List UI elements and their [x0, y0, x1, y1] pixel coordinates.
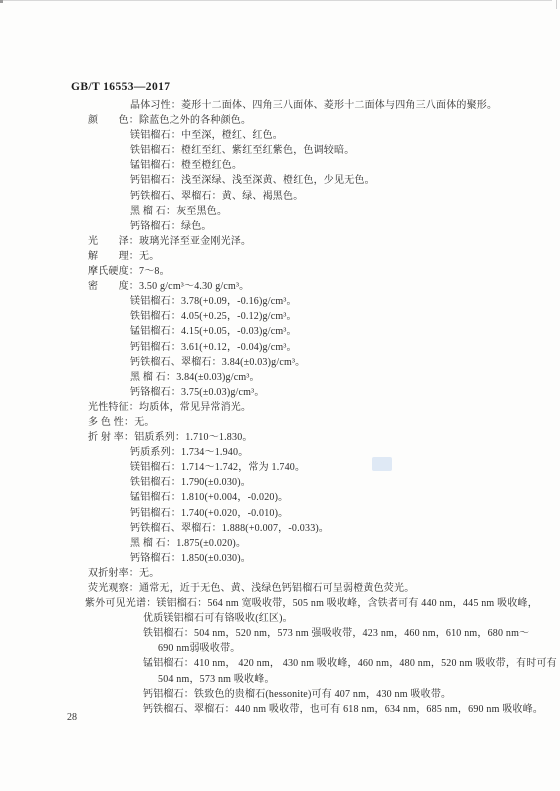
document-lines: 晶体习性：菱形十二面体、四角三八面体、菱形十二面体与四角三八面体的聚形。颜 色：…: [0, 98, 560, 717]
text-line: 锰铝榴石：4.15(+0.05，-0.03)g/cm³。: [0, 324, 560, 339]
text-line: 钙铁榴石、翠榴石：440 nm 吸收带，也可有 618 nm，634 nm，68…: [0, 702, 560, 717]
text-line: 钙铬榴石：3.75(±0.03)g/cm³。: [0, 385, 560, 400]
text-line: 摩氏硬度：7～8。: [0, 264, 560, 279]
text-line: 折 射 率：铝质系列：1.710～1.830。: [0, 430, 560, 445]
document-page: GB/T 16553—2017 晶体习性：菱形十二面体、四角三八面体、菱形十二面…: [0, 0, 560, 791]
text-line: 密 度：3.50 g/cm³～4.30 g/cm³。: [0, 279, 560, 294]
text-line: 光性特征：均质体，常见异常消光。: [0, 400, 560, 415]
text-line: 钙铬榴石：绿色。: [0, 219, 560, 234]
text-line: 晶体习性：菱形十二面体、四角三八面体、菱形十二面体与四角三八面体的聚形。: [0, 98, 560, 113]
text-line: 钙铝榴石：铁致色的贵榴石(hessonite)可有 407 nm，430 nm …: [0, 687, 560, 702]
text-line: 690 nm弱吸收带。: [0, 641, 560, 656]
text-line: 钙铁榴石、翠榴石：3.84(±0.03)g/cm³。: [0, 355, 560, 370]
text-line: 多 色 性：无。: [0, 415, 560, 430]
scan-top-edge-line: [0, 0, 552, 1]
text-line: 钙铁榴石、翠榴石：1.888(+0.007，-0.033)。: [0, 521, 560, 536]
text-line: 钙铝榴石：3.61(+0.12，-0.04)g/cm³。: [0, 340, 560, 355]
text-line: 镁铝榴石：1.714～1.742，常为 1.740。: [0, 460, 560, 475]
text-line: 黑 榴 石：1.875(±0.020)。: [0, 536, 560, 551]
text-line: 钙铬榴石：1.850(±0.030)。: [0, 551, 560, 566]
text-line: 铁铝榴石：4.05(+0.25，-0.12)g/cm³。: [0, 309, 560, 324]
text-line: 黑 榴 石：灰至黑色。: [0, 204, 560, 219]
text-line: 黑 榴 石：3.84(±0.03)g/cm³。: [0, 370, 560, 385]
text-line: 钙铝榴石：1.740(+0.020，-0.010)。: [0, 506, 560, 521]
text-line: 双折射率：无。: [0, 566, 560, 581]
text-line: 颜 色：除蓝色之外的各种颜色。: [0, 113, 560, 128]
text-line: 钙铁榴石、翠榴石：黄、绿、褐黑色。: [0, 189, 560, 204]
text-line: 钙铝榴石：浅至深绿、浅至深黄、橙红色，少见无色。: [0, 173, 560, 188]
text-line: 锰铝榴石：1.810(+0.004，-0.020)。: [0, 490, 560, 505]
text-line: 解 理：无。: [0, 249, 560, 264]
text-line: 荧光观察：通常无，近于无色、黄、浅绿色钙铝榴石可呈弱橙黄色荧光。: [0, 581, 560, 596]
text-line: 光 泽：玻璃光泽至亚金刚光泽。: [0, 234, 560, 249]
watermark-badge: [372, 457, 392, 471]
text-line: 铁铝榴石：504 nm，520 nm，573 nm 强吸收带，423 nm，46…: [0, 626, 560, 641]
text-line: 优质镁铝榴石可有铬吸收(红区)。: [0, 611, 560, 626]
text-line: 镁铝榴石：中至深，橙红、红色。: [0, 128, 560, 143]
page-number: 28: [67, 712, 77, 723]
text-line: 镁铝榴石：3.78(+0.09，-0.16)g/cm³。: [0, 294, 560, 309]
text-line: 钙质系列：1.734～1.940。: [0, 445, 560, 460]
text-line: 锰铝榴石：410 nm， 420 nm， 430 nm 吸收峰，460 nm，4…: [0, 656, 560, 671]
text-line: 铁铝榴石：1.790(±0.030)。: [0, 475, 560, 490]
text-line: 铁铝榴石：橙红至红、紫红至红紫色，色调较暗。: [0, 143, 560, 158]
text-line: 紫外可见光谱：镁铝榴石：564 nm 宽吸收带，505 nm 吸收峰，含铁者可有…: [0, 596, 560, 611]
text-line: 锰铝榴石：橙至橙红色。: [0, 158, 560, 173]
scan-top-right-mark: [556, 0, 557, 9]
scan-corner-dot: [0, 0, 3, 3]
text-line: 504 nm，573 nm 吸收峰。: [0, 672, 560, 687]
standard-number-header: GB/T 16553—2017: [71, 81, 170, 93]
